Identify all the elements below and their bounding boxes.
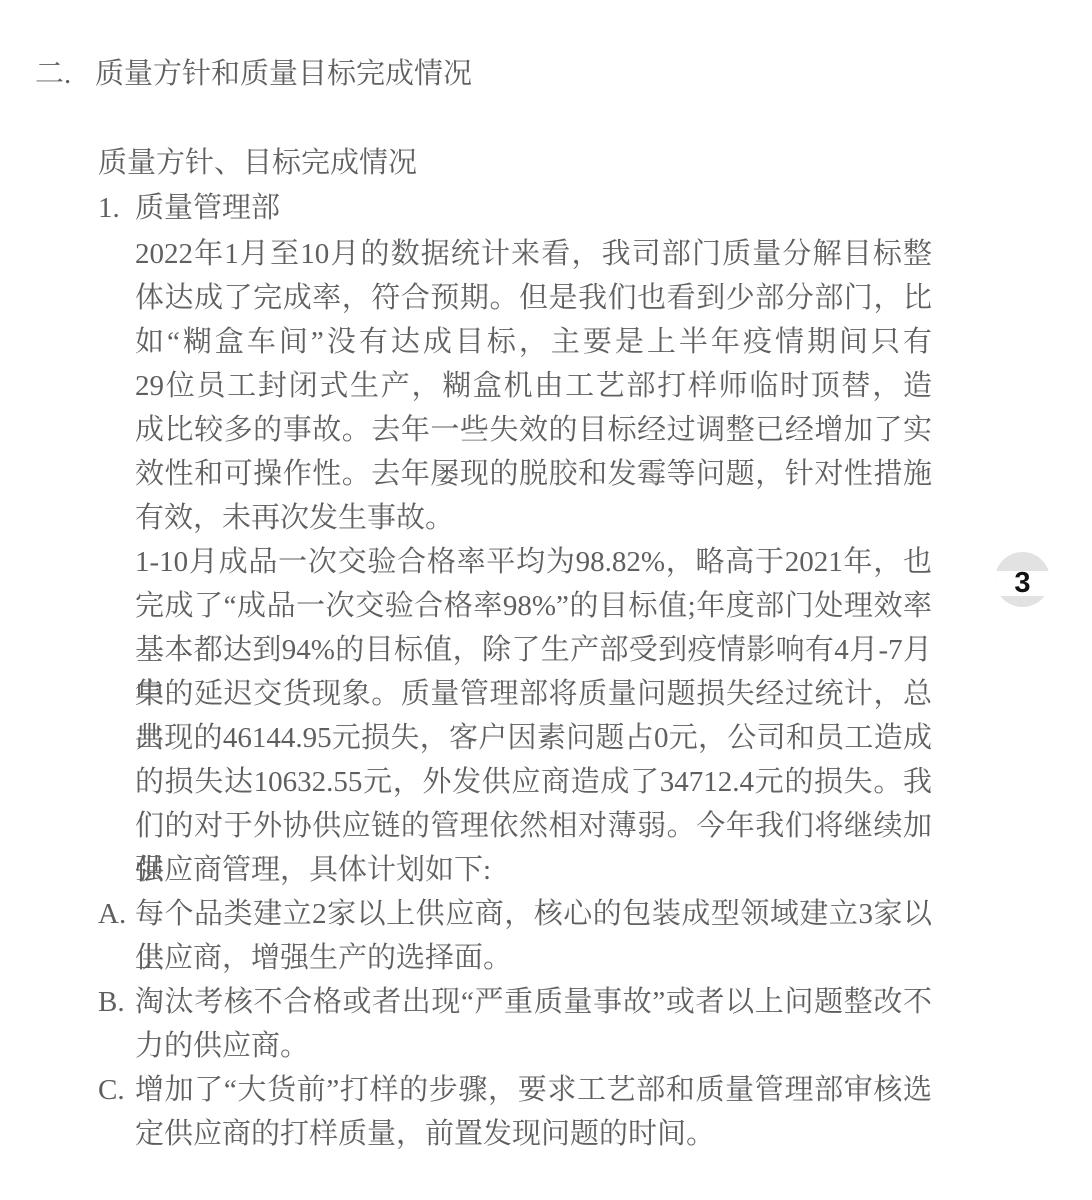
paragraph-line: 如“糊盒车间”没有达成目标，主要是上半年疫情期间只有 (135, 320, 932, 364)
page-number-band: 3 (995, 571, 1050, 596)
page-number-badge: 3 (995, 552, 1050, 607)
list-item-line: 定供应商的打样质量，前置发现问题的时间。 (135, 1112, 932, 1156)
paragraph-2: 1-10月成品一次交验合格率平均为98.82%，略高于2021年，也 完成了“成… (135, 540, 932, 892)
paragraph-line: 2022年1月至10月的数据统计来看，我司部门质量分解目标整 (135, 232, 932, 276)
paragraph-line: 基本都达到94%的目标值，除了生产部受到疫情影响有4月-7月集 (135, 628, 932, 672)
numbered-heading-marker: 1. (98, 190, 135, 226)
page-number: 3 (1014, 571, 1030, 596)
list-item-marker: C. (98, 1068, 125, 1112)
paragraph-line: 成比较多的事故。去年一些失效的目标经过调整已经增加了实 (135, 408, 932, 452)
paragraph-line: 1-10月成品一次交验合格率平均为98.82%，略高于2021年，也 (135, 540, 932, 584)
numbered-heading: 1. 质量管理部 (98, 190, 280, 226)
paragraph-line: 29位员工封闭式生产，糊盒机由工艺部打样师临时顶替，造 (135, 364, 932, 408)
paragraph-line: 们的对于外协供应链的管理依然相对薄弱。今年我们将继续加强 (135, 804, 932, 848)
list-item-line: 增加了“大货前”打样的步骤，要求工艺部和质量管理部审核选 (135, 1068, 932, 1112)
paragraph-line: 的损失达10632.55元，外发供应商造成了34712.4元的损失。我 (135, 760, 932, 804)
section-heading-title: 质量方针和质量目标完成情况 (95, 56, 472, 92)
section-heading-number: 二. (35, 56, 95, 92)
paragraph-line: 出现的46144.95元损失，客户因素问题占0元，公司和员工造成 (135, 716, 932, 760)
list-item-marker: A. (98, 892, 126, 936)
paragraph-line: 效性和可操作性。去年屡现的脱胶和发霉等问题，针对性措施 (135, 452, 932, 496)
subsection-title: 质量方针、目标完成情况 (98, 145, 417, 181)
document-page: 二. 质量方针和质量目标完成情况 质量方针、目标完成情况 1. 质量管理部 20… (0, 0, 1092, 1200)
paragraph-line: 中的延迟交货现象。质量管理部将质量问题损失经过统计，总共 (135, 672, 932, 716)
paragraph-1: 2022年1月至10月的数据统计来看，我司部门质量分解目标整 体达成了完成率，符… (135, 232, 932, 540)
list-item-line: 每个品类建立2家以上供应商，核心的包装成型领域建立3家以上 (135, 892, 932, 936)
body-text: 2022年1月至10月的数据统计来看，我司部门质量分解目标整 体达成了完成率，符… (135, 232, 932, 1156)
list-item-line: 淘汰考核不合格或者出现“严重质量事故”或者以上问题整改不 (135, 980, 932, 1024)
section-heading: 二. 质量方针和质量目标完成情况 (35, 56, 472, 92)
list-item-marker: B. (98, 980, 125, 1024)
paragraph-line: 有效，未再次发生事故。 (135, 496, 932, 540)
paragraph-line: 供应商管理，具体计划如下: (135, 848, 932, 892)
numbered-heading-title: 质量管理部 (135, 190, 280, 226)
list-item-line: 力的供应商。 (135, 1024, 932, 1068)
list-item-a: A. 每个品类建立2家以上供应商，核心的包装成型领域建立3家以上 供应商，增强生… (135, 892, 932, 980)
paragraph-line: 体达成了完成率，符合预期。但是我们也看到少部分部门，比 (135, 276, 932, 320)
paragraph-line: 完成了“成品一次交验合格率98%”的目标值;年度部门处理效率 (135, 584, 932, 628)
list-item-line: 供应商，增强生产的选择面。 (135, 936, 932, 980)
list-item-c: C. 增加了“大货前”打样的步骤，要求工艺部和质量管理部审核选 定供应商的打样质… (135, 1068, 932, 1156)
list-item-b: B. 淘汰考核不合格或者出现“严重质量事故”或者以上问题整改不 力的供应商。 (135, 980, 932, 1068)
